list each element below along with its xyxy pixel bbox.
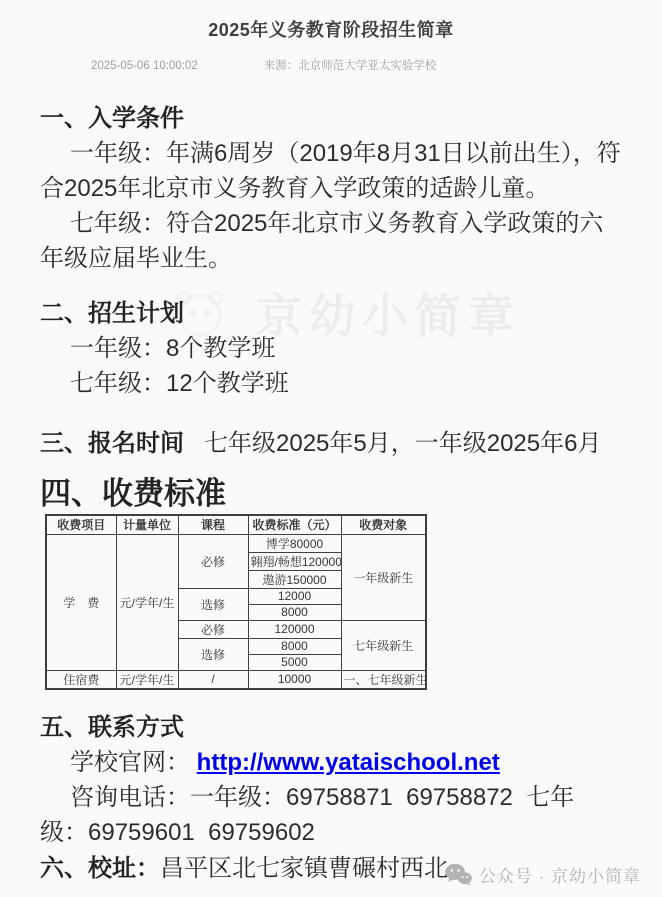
section-heading-plan: 二、招生计划 [40,296,622,331]
col-header-course: 课程 [178,515,248,534]
section-heading-signup: 三、报名时间 七年级2025年5月，一年级2025年6月 [40,426,622,461]
address-text: 昌平区北七家镇曹碾村西北 [160,851,448,886]
article-body: 一、入学条件 一年级：年满6周岁（2019年8月31日以前出生），符合2025年… [0,101,662,886]
cell-target-grade1: 一年级新生 [341,534,426,620]
cell-course-elective1: 选修 [178,588,248,620]
section-heading-admission: 一、入学条件 [40,101,622,136]
wechat-icon [445,863,472,886]
cell-fee-8000a: 8000 [248,604,341,620]
table-row: 学 费 元/学年/生 必修 博学80000 一年级新生 [46,534,426,552]
cell-fee-8000b: 8000 [248,638,341,654]
school-website-link[interactable]: http://www.yataischool.net [197,749,500,776]
source-label: 来源：北京师范大学亚太实验学校 [264,57,437,73]
cell-course-elective2: 选修 [178,638,248,670]
section-heading-fees: 四、收费标准 [40,478,622,510]
cell-item-board: 住宿费 [46,670,116,689]
cell-target-grade7: 七年级新生 [341,620,426,670]
cell-fee-aoyou: 遨游150000 [248,570,341,588]
official-account-badge: 公众号 · 京幼小简章 [445,862,641,887]
section-heading-contact: 五、联系方式 [40,710,622,745]
cell-course-required1: 必修 [178,534,248,588]
article-meta: 2025-05-06 10:00:02 来源：北京师范大学亚太实验学校 [0,57,662,73]
cell-fee-boxue: 博学80000 [248,534,341,552]
cell-fee-5000: 5000 [248,654,341,670]
table-row: 住宿费 元/学年/生 / 10000 一、七年级新生 [46,670,426,689]
publish-date: 2025-05-06 10:00:02 [91,60,198,72]
cell-fee-10000: 10000 [248,670,341,689]
address-heading-label: 六、校址： [40,851,160,886]
page-title: 2025年义务教育阶段招生简章 [0,0,662,42]
cell-target-both: 一、七年级新生 [341,670,426,689]
cell-course-required2: 必修 [178,620,248,638]
cell-fee-120000: 120000 [248,620,341,638]
phone-line: 咨询电话：一年级：69758871 69758872 七年级：69759601 … [40,780,622,850]
signup-heading-label: 三、报名时间 [40,426,184,461]
cell-unit-tuition: 元/学年/生 [116,534,178,670]
plan-line-grade7: 七年级：12个教学班 [40,366,622,401]
col-header-item: 收费项目 [46,515,116,534]
fee-table-header-row: 收费项目 计量单位 课程 收费标准（元） 收费对象 [46,515,426,534]
cell-unit-board: 元/学年/生 [116,670,178,689]
website-line: 学校官网： http://www.yataischool.net [40,745,622,780]
admission-paragraph-grade1: 一年级：年满6周岁（2019年8月31日以前出生），符合2025年北京市义务教育… [40,136,622,206]
website-label: 学校官网： [70,749,190,776]
cell-course-slash: / [178,670,248,689]
official-account-text: 公众号 · 京幼小简章 [479,862,641,887]
cell-fee-12000: 12000 [248,588,341,604]
col-header-unit: 计量单位 [116,515,178,534]
fee-table: 收费项目 计量单位 课程 收费标准（元） 收费对象 学 费 元/学年/生 必修 … [45,514,427,690]
plan-line-grade1: 一年级：8个教学班 [40,331,622,366]
admission-paragraph-grade7: 七年级：符合2025年北京市义务教育入学政策的六年级应届毕业生。 [40,206,622,276]
cell-item-tuition: 学 费 [46,534,116,670]
article-page: 京幼小简章 2025年义务教育阶段招生简章 2025-05-06 10:00:0… [0,0,662,897]
col-header-target: 收费对象 [341,515,426,534]
col-header-standard: 收费标准（元） [248,515,341,534]
cell-fee-aoxiang: 翱翔/畅想120000 [248,552,341,570]
signup-time-text: 七年级2025年5月，一年级2025年6月 [204,426,601,461]
